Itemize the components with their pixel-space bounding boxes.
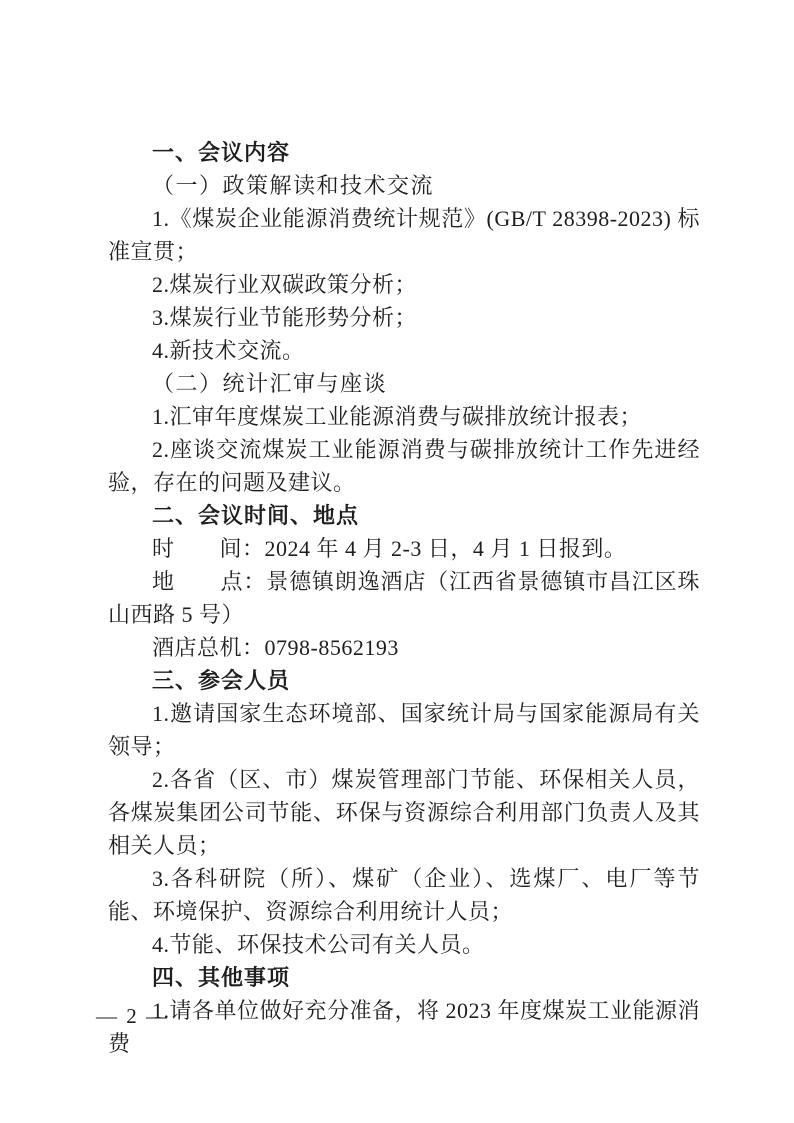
- paragraph-item: 2.煤炭行业双碳政策分析；: [108, 268, 700, 301]
- section-heading-4: 四、其他事项: [108, 961, 700, 994]
- paragraph-item: 4.节能、环保技术公司有关人员。: [108, 928, 700, 961]
- document-body: 一、会议内容 （一）政策解读和技术交流 1.《煤炭企业能源消费统计规范》(GB/…: [108, 136, 700, 1060]
- section-heading-1: 一、会议内容: [108, 136, 700, 169]
- page-number: — 2 —: [96, 1003, 169, 1029]
- paragraph-item: 2.各省（区、市）煤炭管理部门节能、环保相关人员，各煤炭集团公司节能、环保与资源…: [108, 763, 700, 862]
- paragraph-item: 4.新技术交流。: [108, 334, 700, 367]
- section-heading-2: 二、会议时间、地点: [108, 499, 700, 532]
- meeting-time-line: 时 间：2024 年 4 月 2-3 日，4 月 1 日报到。: [108, 532, 700, 565]
- paragraph-item: 3.煤炭行业节能形势分析；: [108, 301, 700, 334]
- document-page: 一、会议内容 （一）政策解读和技术交流 1.《煤炭企业能源消费统计规范》(GB/…: [0, 0, 794, 1123]
- section-heading-3: 三、参会人员: [108, 664, 700, 697]
- paragraph-item: 1.汇审年度煤炭工业能源消费与碳排放统计报表；: [108, 400, 700, 433]
- paragraph-item: 1.《煤炭企业能源消费统计规范》(GB/T 28398-2023) 标准宣贯；: [108, 202, 700, 268]
- paragraph-item: 2.座谈交流煤炭工业能源消费与碳排放统计工作先进经验，存在的问题及建议。: [108, 433, 700, 499]
- paragraph-item: 3.各科研院（所）、煤矿（企业）、选煤厂、电厂等节能、环境保护、资源综合利用统计…: [108, 862, 700, 928]
- meeting-place-line: 地 点：景德镇朗逸酒店（江西省景德镇市昌江区珠山西路 5 号）: [108, 565, 700, 631]
- paragraph-item: 1.邀请国家生态环境部、国家统计局与国家能源局有关领导；: [108, 697, 700, 763]
- hotel-phone-line: 酒店总机：0798-8562193: [108, 631, 700, 664]
- paragraph-item: 1.请各单位做好充分准备，将 2023 年度煤炭工业能源消费: [108, 994, 700, 1060]
- subsection-heading-1-2: （二）统计汇审与座谈: [108, 367, 700, 400]
- subsection-heading-1-1: （一）政策解读和技术交流: [108, 169, 700, 202]
